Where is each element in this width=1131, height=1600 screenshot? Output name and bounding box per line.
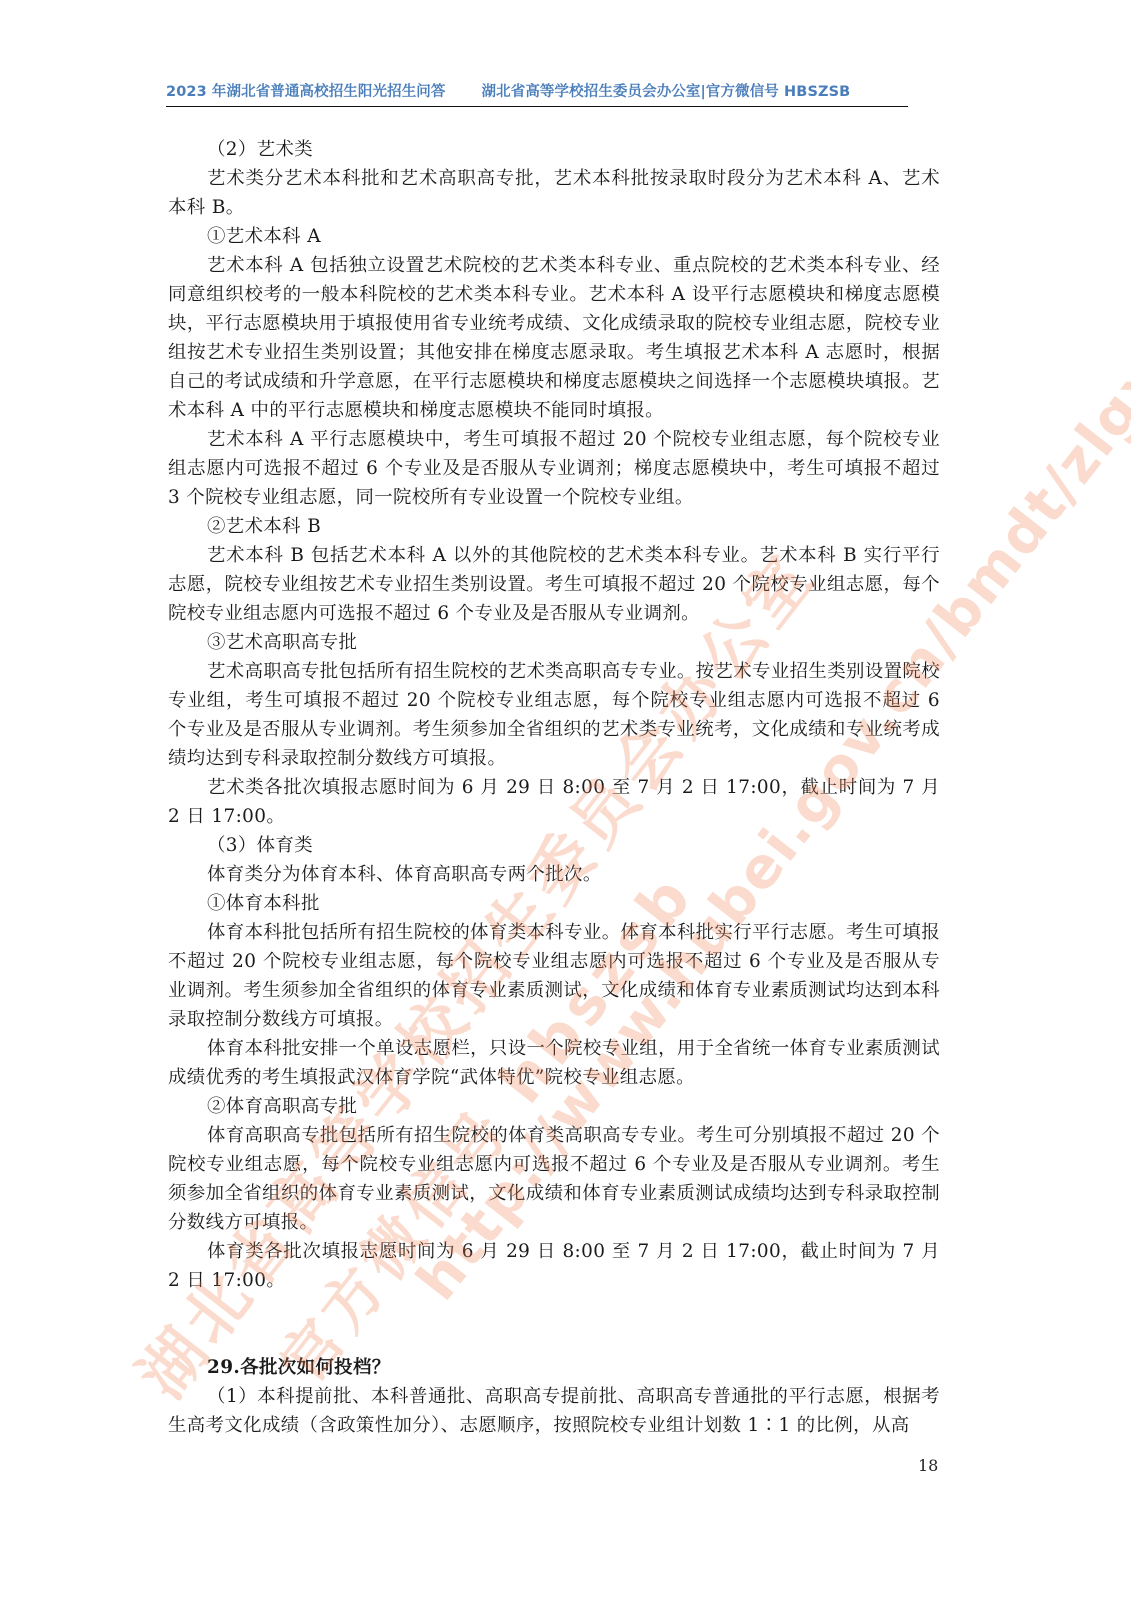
header-title: 2023 年湖北省普通高校招生阳光招生问答 [166, 80, 446, 101]
paragraph: 艺术本科 A 平行志愿模块中，考生可填报不超过 20 个院校专业组志愿，每个院校… [168, 425, 940, 512]
paragraph: 艺术类分艺术本科批和艺术高职高专批，艺术本科批按录取时段分为艺术本科 A、艺术本… [168, 164, 940, 222]
paragraph-sports-schedule: 体育类各批次填报志愿时间为 6 月 29 日 8:00 至 7 月 2 日 17… [168, 1237, 940, 1295]
subheading-sports-vocational: ②体育高职高专批 [168, 1092, 940, 1121]
subheading-art-a: ①艺术本科 A [168, 222, 940, 251]
paragraph: 艺术高职高专批包括所有招生院校的艺术类高职高专专业。按艺术专业招生类别设置院校专… [168, 657, 940, 773]
subheading-art-b: ②艺术本科 B [168, 512, 940, 541]
page-content: （2）艺术类 艺术类分艺术本科批和艺术高职高专批，艺术本科批按录取时段分为艺术本… [168, 135, 940, 1440]
header-office-wechat: 湖北省高等学校招生委员会办公室|官方微信号 HBSZSB [482, 80, 851, 101]
paragraph: 体育本科批包括所有招生院校的体育类本科专业。体育本科批实行平行志愿。考生可填报不… [168, 918, 940, 1034]
question-heading: 29.各批次如何投档？ [168, 1353, 940, 1382]
subheading-art-vocational: ③艺术高职高专批 [168, 628, 940, 657]
paragraph: （1）本科提前批、本科普通批、高职高专提前批、高职高专普通批的平行志愿，根据考生… [168, 1382, 940, 1440]
paragraph: 体育本科批安排一个单设志愿栏，只设一个院校专业组，用于全省统一体育专业素质测试成… [168, 1034, 940, 1092]
subheading-art: （2）艺术类 [168, 135, 940, 164]
paragraph: 艺术本科 A 包括独立设置艺术院校的艺术类本科专业、重点院校的艺术类本科专业、经… [168, 251, 940, 425]
page-header: 2023 年湖北省普通高校招生阳光招生问答 湖北省高等学校招生委员会办公室|官方… [166, 80, 908, 107]
document-page: 2023 年湖北省普通高校招生阳光招生问答 湖北省高等学校招生委员会办公室|官方… [0, 0, 1131, 1600]
paragraph: 体育类分为体育本科、体育高职高专两个批次。 [168, 860, 940, 889]
paragraph: 体育高职高专批包括所有招生院校的体育类高职高专专业。考生可分别填报不超过 20 … [168, 1121, 940, 1237]
subheading-sports: （3）体育类 [168, 831, 940, 860]
paragraph: 艺术本科 B 包括艺术本科 A 以外的其他院校的艺术类本科专业。艺术本科 B 实… [168, 541, 940, 628]
paragraph-art-schedule: 艺术类各批次填报志愿时间为 6 月 29 日 8:00 至 7 月 2 日 17… [168, 773, 940, 831]
page-number: 18 [918, 1456, 938, 1475]
section-gap [168, 1295, 940, 1324]
subheading-sports-undergrad: ①体育本科批 [168, 889, 940, 918]
